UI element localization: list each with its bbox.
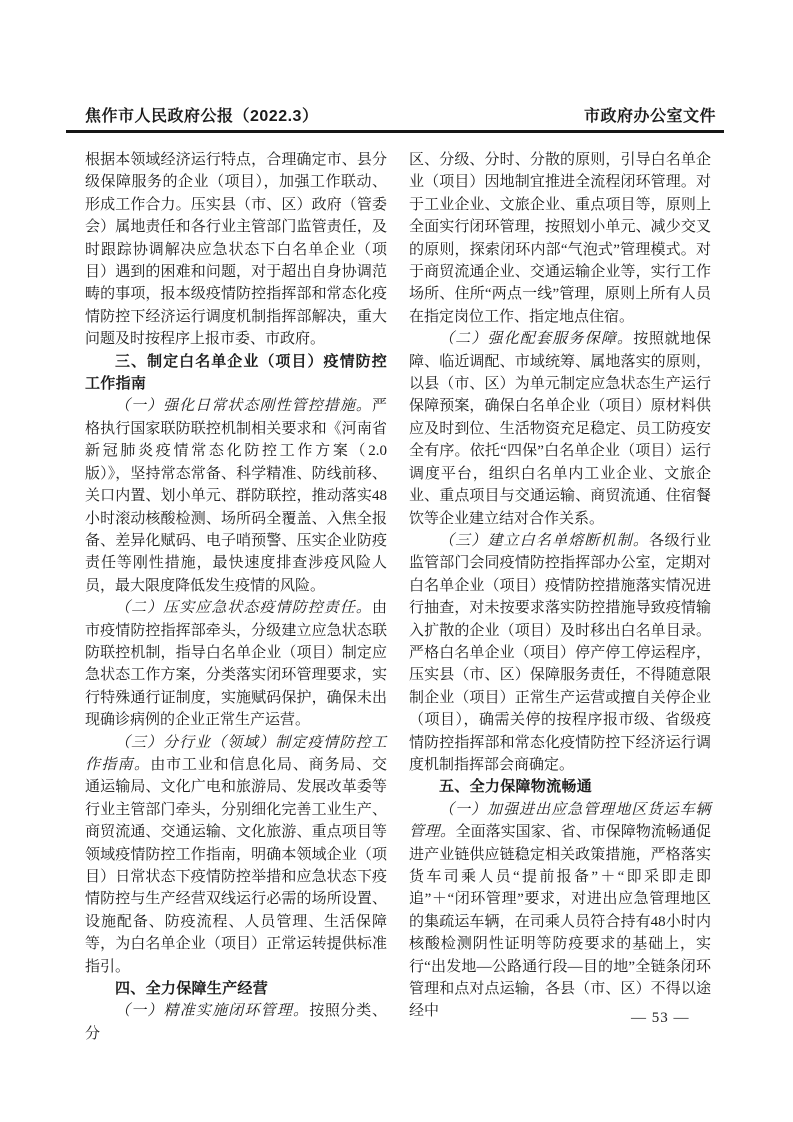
header-left-title: 焦作市人民政府公报（2022.3） bbox=[85, 103, 318, 126]
paragraph-body: 各级行业监管部门会同疫情防控指挥部办公室，定期对白名单企业（项目）疫情防控措施落… bbox=[409, 533, 711, 773]
header-rule bbox=[66, 130, 724, 133]
page-number: — 53 — bbox=[631, 1010, 690, 1027]
section-heading-three: 三、制定白名单企业（项目）疫情防控工作指南 bbox=[85, 351, 387, 396]
paragraph-body: 由市疫情防控指挥部牵头，分级建立应急状态联防联控机制，指导白名单企业（项目）制定… bbox=[85, 600, 387, 728]
paragraph-continuation: 根据本领域经济运行特点，合理确定市、县分级保障服务的企业（项目），加强工作联动、… bbox=[85, 149, 387, 351]
paragraph-body: 全面落实国家、省、市保障物流畅通促进产业链供应链稳定相关政策措施，严格落实货车司… bbox=[409, 824, 711, 1019]
paragraph-item-7: （一）加强进出应急管理地区货运车辆管理。全面落实国家、省、市保障物流畅通促进产业… bbox=[409, 799, 711, 1023]
paragraph-body: 按照就地保障、临近调配、市域统筹、属地落实的原则，以县（市、区）为单元制定应急状… bbox=[409, 331, 711, 526]
paragraph-lead: （二）强化配套服务保障。 bbox=[439, 331, 633, 347]
paragraph-item-3: （三）分行业（领域）制定疫情防控工作指南。由市工业和信息化局、商务局、交通运输局… bbox=[85, 732, 387, 978]
paragraph-lead: （二）压实应急状态疫情防控责任。 bbox=[115, 600, 372, 616]
paragraph-item-4: （一）精准实施闭环管理。按照分类、分 bbox=[85, 1000, 387, 1045]
right-column: 区、分级、分时、分散的原则，引导白名单企业（项目）因地制宜推进全流程闭环管理。对… bbox=[409, 149, 711, 1045]
header-right-title: 市政府办公室文件 bbox=[584, 103, 716, 126]
page-header: 焦作市人民政府公报（2022.3） 市政府办公室文件 bbox=[85, 103, 716, 126]
paragraph-item-2: （二）压实应急状态疫情防控责任。由市疫情防控指挥部牵头，分级建立应急状态联防联控… bbox=[85, 597, 387, 731]
section-heading-five: 五、全力保障物流畅通 bbox=[409, 776, 711, 798]
paragraph-lead: （一）精准实施闭环管理。 bbox=[115, 1003, 309, 1019]
paragraph-lead: （三）建立白名单熔断机制。 bbox=[439, 533, 649, 549]
paragraph-continuation: 区、分级、分时、分散的原则，引导白名单企业（项目）因地制宜推进全流程闭环管理。对… bbox=[409, 149, 711, 328]
paragraph-body: 由市工业和信息化局、商务局、交通运输局、文化广电和旅游局、发展改革委等行业主管部… bbox=[85, 757, 387, 975]
gazette-page: 焦作市人民政府公报（2022.3） 市政府办公室文件 根据本领域经济运行特点，合… bbox=[0, 0, 793, 1122]
left-column: 根据本领域经济运行特点，合理确定市、县分级保障服务的企业（项目），加强工作联动、… bbox=[85, 149, 387, 1045]
two-column-body: 根据本领域经济运行特点，合理确定市、县分级保障服务的企业（项目），加强工作联动、… bbox=[85, 149, 711, 1045]
paragraph-body: 严格执行国家联防联控机制相关要求和《河南省新冠肺炎疫情常态化防控工作方案（2.0… bbox=[85, 398, 387, 593]
section-heading-four: 四、全力保障生产经营 bbox=[85, 978, 387, 1000]
paragraph-item-5: （二）强化配套服务保障。按照就地保障、临近调配、市域统筹、属地落实的原则，以县（… bbox=[409, 328, 711, 530]
paragraph-lead: （一）强化日常状态刚性管控措施。 bbox=[115, 398, 372, 414]
paragraph-item-1: （一）强化日常状态刚性管控措施。严格执行国家联防联控机制相关要求和《河南省新冠肺… bbox=[85, 395, 387, 597]
paragraph-item-6: （三）建立白名单熔断机制。各级行业监管部门会同疫情防控指挥部办公室，定期对白名单… bbox=[409, 530, 711, 776]
